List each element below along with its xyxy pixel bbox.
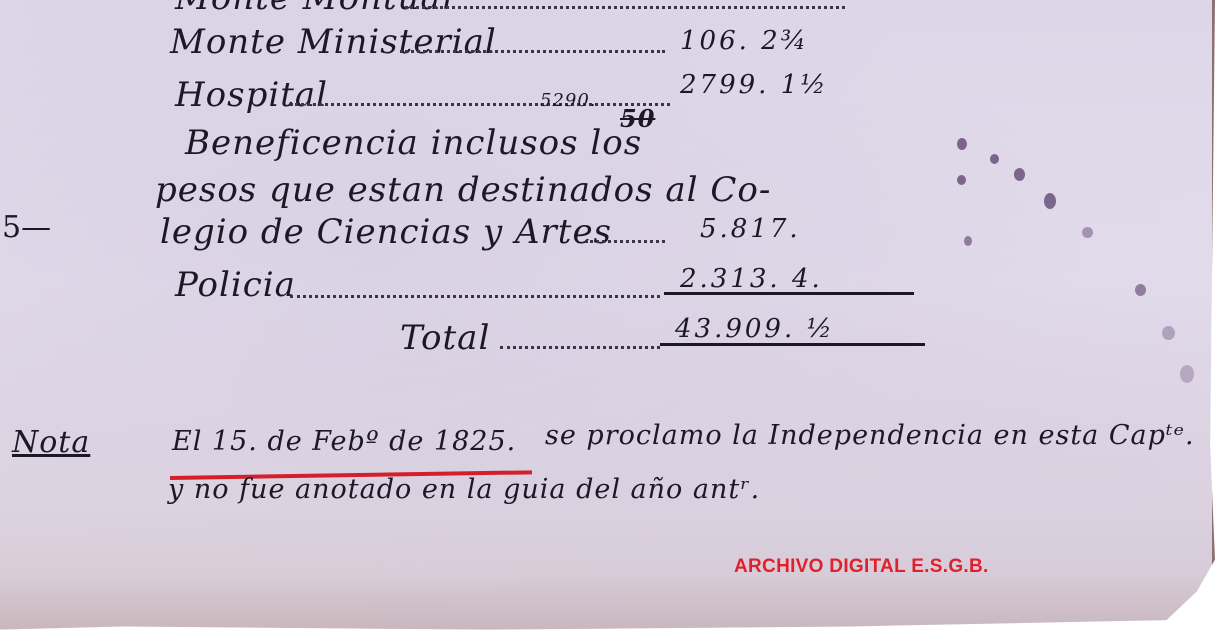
note-line-2: y no fue anotado en la guia del año antʳ… [168,474,760,505]
ink-blot [957,175,966,185]
ink-blot [1044,193,1056,209]
total-amount: 43.909. ½ [675,314,835,344]
leader-dots [405,6,845,9]
leader-dots [400,50,665,53]
entry-label: legio de Ciencias y Artes [160,212,612,252]
entry-amount: 2.313. 4. [680,264,823,294]
total-label: Total [400,318,490,358]
total-rule [660,343,925,346]
ink-blot [964,236,972,246]
leader-dots [585,240,665,243]
paper-edge [0,575,1212,637]
leader-dots [290,295,660,298]
entry-amount: 106. 2¾ [680,26,809,56]
leader-dots [500,346,660,349]
inline-note: 5290. [540,90,597,111]
margin-mark-text: 5 [2,210,21,245]
entry-label: Monte Montuar [175,0,459,18]
note-line-1: se proclamo la Independencia en esta Cap… [545,420,1195,451]
entry-label: Beneficencia inclusos los [185,123,642,163]
entry-amount: 2799. 1½ [680,70,828,100]
ink-blot [1014,168,1025,181]
note-label: Nota [12,425,90,460]
ink-blot [990,154,999,164]
entry-label: Hospital [175,75,328,115]
leader-dots [290,103,670,106]
margin-mark: 5— [2,210,51,245]
entry-amount: 5.817. [700,214,801,244]
ink-blot [1082,227,1093,238]
ink-blot [1135,284,1146,296]
sum-rule [664,292,914,295]
entry-label: Monte Ministerial [170,22,497,62]
entry-label: Policia [175,265,296,305]
entry-label: pesos que estan destinados al Co- [155,170,771,210]
archive-watermark: ARCHIVO DIGITAL E.S.G.B. [734,556,989,578]
ink-blot [957,138,967,150]
note-date-highlight: El 15. de Febº de 1825. [172,426,516,457]
document-page: 5— Monte Montuar Monte Ministerial 106. … [0,0,1215,636]
ink-blot [1162,326,1175,340]
ink-blot [1180,365,1194,383]
